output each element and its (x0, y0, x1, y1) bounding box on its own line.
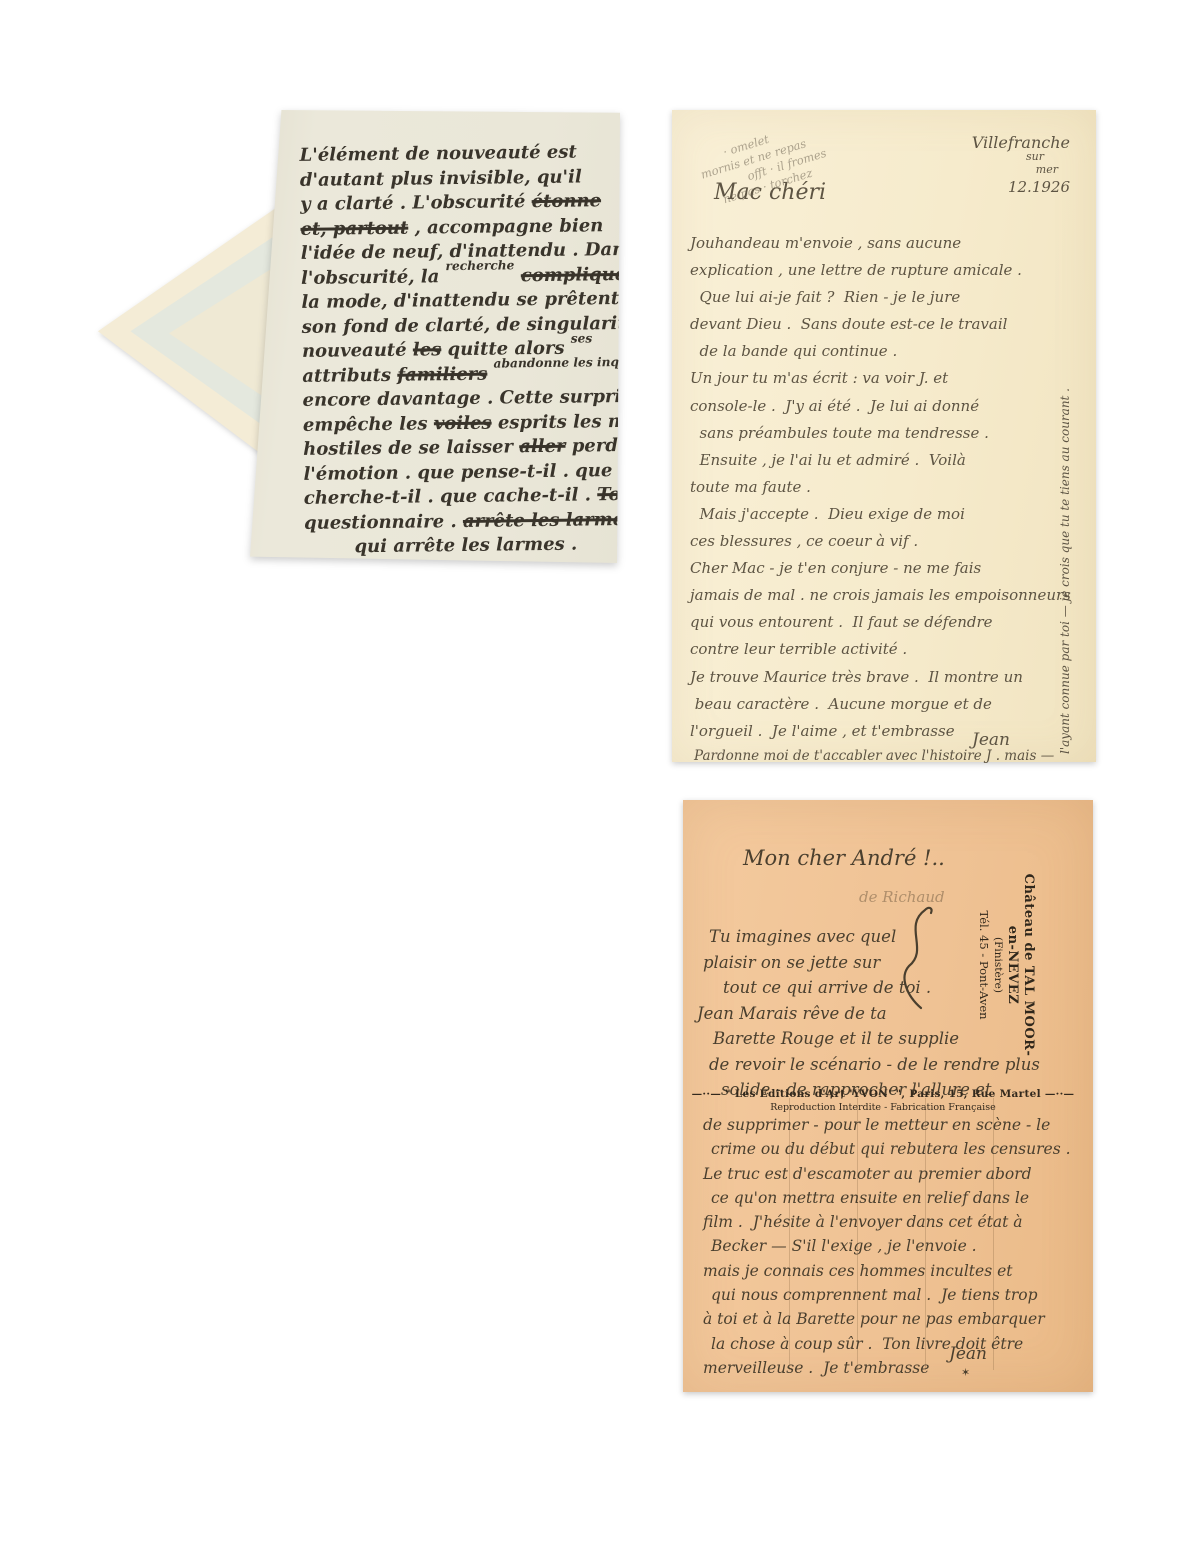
postcard-line: Tu imagines avec quel (709, 924, 1019, 950)
postcard-line: Jean Marais rêve de ta (697, 1001, 1019, 1027)
postcard-line: tout ce qui arrive de toi . (723, 975, 1019, 1001)
letter-body: Jouhandeau m'envoie , sans aucuneexplica… (690, 230, 1086, 745)
letter-line: explication , une lettre de rupture amic… (690, 257, 1086, 284)
postcard-line: ce qu'on mettra ensuite en relief dans l… (711, 1186, 1083, 1210)
letter-line: de la bande qui continue . (690, 338, 1086, 365)
manuscript-line: d'autant plus invisible, qu'il (300, 165, 612, 193)
postcard-line: film . J'hésite à l'envoyer dans cet éta… (703, 1210, 1083, 1234)
manuscript-line: cherche-t-il . que cache-t-il . Tout ce … (304, 483, 616, 511)
manuscript-text: L'élément de nouveauté estd'autant plus … (299, 140, 616, 560)
letter-line: toute ma faute . (690, 474, 1086, 501)
dateline-part: sur (972, 151, 1070, 163)
manuscript-page-wrap: L'élément de nouveauté estd'autant plus … (250, 110, 620, 563)
dateline: Villefranchesurmer12.1926 (972, 134, 1070, 196)
postcard-line: de supprimer - pour le metteur en scène … (703, 1113, 1083, 1137)
letter-margin-note: l'ayant connue par toi — je crois que tu… (1058, 314, 1072, 754)
letter-line: Cher Mac - je t'en conjure - ne me fais (690, 555, 1086, 582)
manuscript-line: empêche les voiles esprits les moins (303, 410, 615, 438)
editions-yvon-imprint: —··— " Les Éditions d'Art 'YVON' ", Pari… (683, 1088, 1083, 1100)
manuscript-line: et, partout , accompagne bien (300, 214, 612, 242)
manuscript-page: L'élément de nouveauté estd'autant plus … (250, 110, 620, 563)
letter-line: Que lui ai-je fait ? Rien - je le jure (690, 284, 1086, 311)
letter-line: ces blessures , ce coeur à vif . (690, 528, 1086, 555)
postcard-line: de revoir le scénario - de le rendre plu… (709, 1052, 1019, 1078)
letter-line: beau caractère . Aucune morgue et de (690, 691, 1086, 718)
manuscript-line: la mode, d'inattendu se prêtent (301, 287, 613, 315)
manuscript-line: l'obscurité, la recherche compliqué sont… (301, 263, 613, 291)
postcard-salutation: Mon cher André !.. (743, 846, 945, 870)
letter-line: devant Dieu . Sans doute est-ce le trava… (690, 311, 1086, 338)
manuscript-line: L'élément de nouveauté est (299, 140, 611, 168)
postcard-line: Becker — S'il l'exige , je l'envoie . (711, 1234, 1083, 1258)
letter-signature: Jean (972, 730, 1010, 750)
postcard-line: crime ou du début qui rebutera les censu… (711, 1137, 1083, 1161)
letter-salutation: Mac chéri (714, 180, 826, 205)
letter-line: console-le . J'y ai été . Je lui ai donn… (690, 393, 1086, 420)
letter-postscript: Pardonne moi de t'accabler avec l'histoi… (694, 748, 1054, 764)
postcard-line: merveilleuse . Je t'embrasse (703, 1356, 1083, 1380)
letter-line: Je trouve Maurice très brave . Il montre… (690, 664, 1086, 691)
letter-line: jamais de mal . ne crois jamais les empo… (690, 582, 1086, 609)
postcard-line: plaisir on se jette sur (703, 950, 1019, 976)
postcard-line: Le truc est d'escamoter au premier abord (703, 1162, 1083, 1186)
reproduction-imprint: Reproduction Interdite - Fabrication Fra… (683, 1102, 1083, 1113)
manuscript-line: qui arrête les larmes . (304, 532, 616, 560)
dateline-part: Villefranche (972, 134, 1070, 151)
letter-line: contre leur terrible activité . (690, 636, 1086, 663)
postcard-star-mark: ✶ (961, 1366, 970, 1379)
postcard-line: Barette Rouge et il te supplie (713, 1026, 1019, 1052)
manuscript-line: l'émotion . que pense-t-il . que (303, 459, 615, 487)
postcard-signature: Jean (949, 1344, 987, 1364)
letter-line: Mais j'accepte . Dieu exige de moi (690, 501, 1086, 528)
postcard: Mon cher André !.. de Richaud Château de… (683, 800, 1093, 1392)
letter-page: · omeletmornis et ne repasofft · il from… (672, 110, 1096, 762)
dateline-part: mer (972, 163, 1070, 176)
postcard-line: qui nous comprennent mal . Je tiens trop (711, 1283, 1083, 1307)
manuscript-line: encore davantage . Cette surprise (302, 385, 614, 413)
postcard-center-imprint: —··— " Les Éditions d'Art 'YVON' ", Pari… (683, 1088, 1083, 1113)
dateline-part: 12.1926 (972, 179, 1070, 196)
manuscript-line: hostiles de se laisser aller perdre par (303, 434, 615, 462)
letter-line: sans préambules toute ma tendresse . (690, 420, 1086, 447)
postcard-text-bottom: de supprimer - pour le metteur en scène … (703, 1113, 1083, 1380)
postcard-text-top: Tu imagines avec quelplaisir on se jette… (709, 924, 1019, 1103)
auction-photo-of-letters: L'élément de nouveauté estd'autant plus … (0, 0, 1201, 1542)
postcard-line: à toi et à la Barette pour ne pas embarq… (703, 1307, 1083, 1331)
postcard-line: mais je connais ces hommes incultes et (703, 1259, 1083, 1283)
manuscript-line: y a clarté . L'obscurité étonne (300, 189, 612, 217)
letter-line: qui vous entourent . Il faut se défendre (690, 609, 1086, 636)
postcard-line: la chose à coup sûr . Ton livre doit êtr… (711, 1332, 1083, 1356)
letter-line: l'orgueil . Je l'aime , et t'embrasse (690, 718, 1086, 745)
letter-line: Un jour tu m'as écrit : va voir J. et (690, 365, 1086, 392)
letter-line: Ensuite , je l'ai lu et admiré . Voilà (690, 447, 1086, 474)
letter-line: Jouhandeau m'envoie , sans aucune (690, 230, 1086, 257)
